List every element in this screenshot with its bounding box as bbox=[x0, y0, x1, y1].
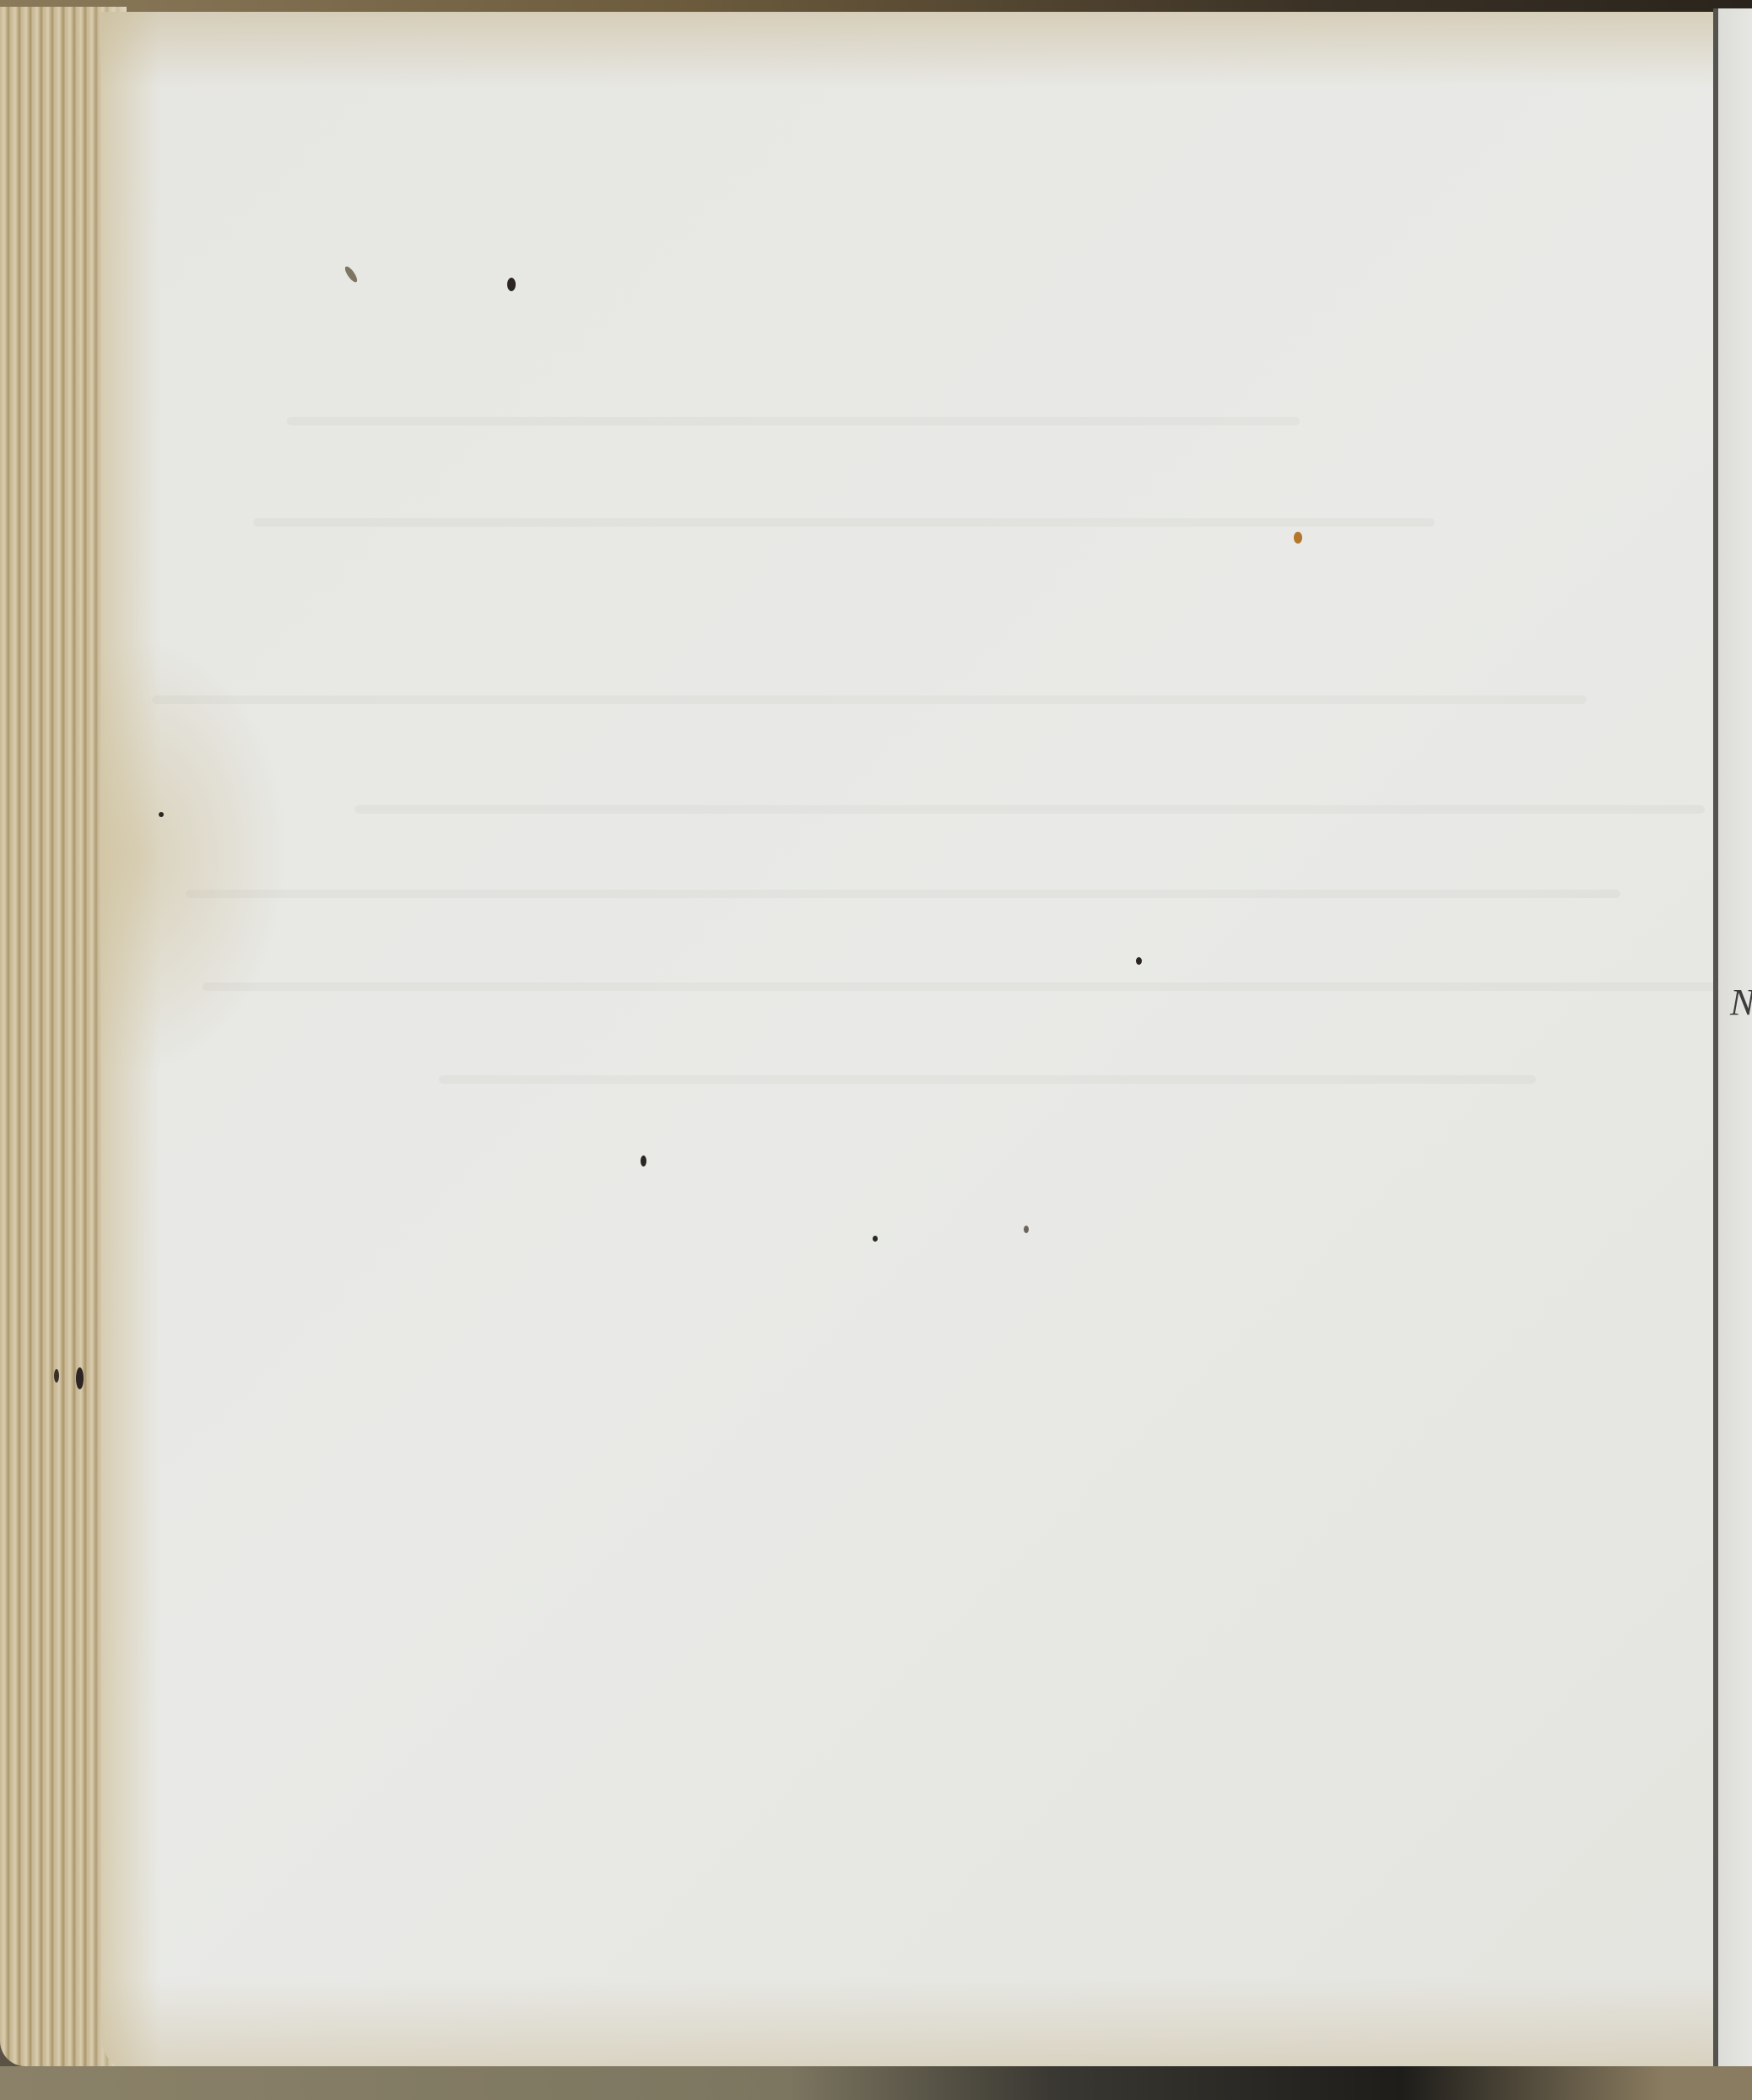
speck bbox=[641, 1156, 646, 1166]
bleed-through-line bbox=[152, 695, 1587, 704]
bleed-through-line bbox=[253, 518, 1435, 527]
bleed-through-line bbox=[354, 805, 1705, 814]
scanned-page: N. bbox=[0, 0, 1752, 2100]
speck bbox=[54, 1369, 59, 1383]
speck bbox=[507, 278, 516, 291]
speck bbox=[1136, 957, 1142, 965]
bleed-through-line bbox=[439, 1075, 1536, 1084]
speck bbox=[159, 812, 164, 817]
bleed-through-line bbox=[203, 982, 1722, 991]
speck bbox=[343, 265, 359, 284]
speck bbox=[76, 1367, 84, 1389]
speck bbox=[873, 1236, 878, 1242]
bottom-edge bbox=[0, 2066, 1752, 2100]
blank-page bbox=[101, 12, 1726, 2071]
speck-orange bbox=[1294, 532, 1302, 544]
adjacent-page-strip bbox=[1718, 8, 1752, 2068]
bleed-through-line bbox=[287, 417, 1300, 425]
speck bbox=[1024, 1226, 1029, 1233]
bleed-through-line bbox=[186, 890, 1620, 898]
adjacent-page-text: N. bbox=[1730, 981, 1752, 1024]
